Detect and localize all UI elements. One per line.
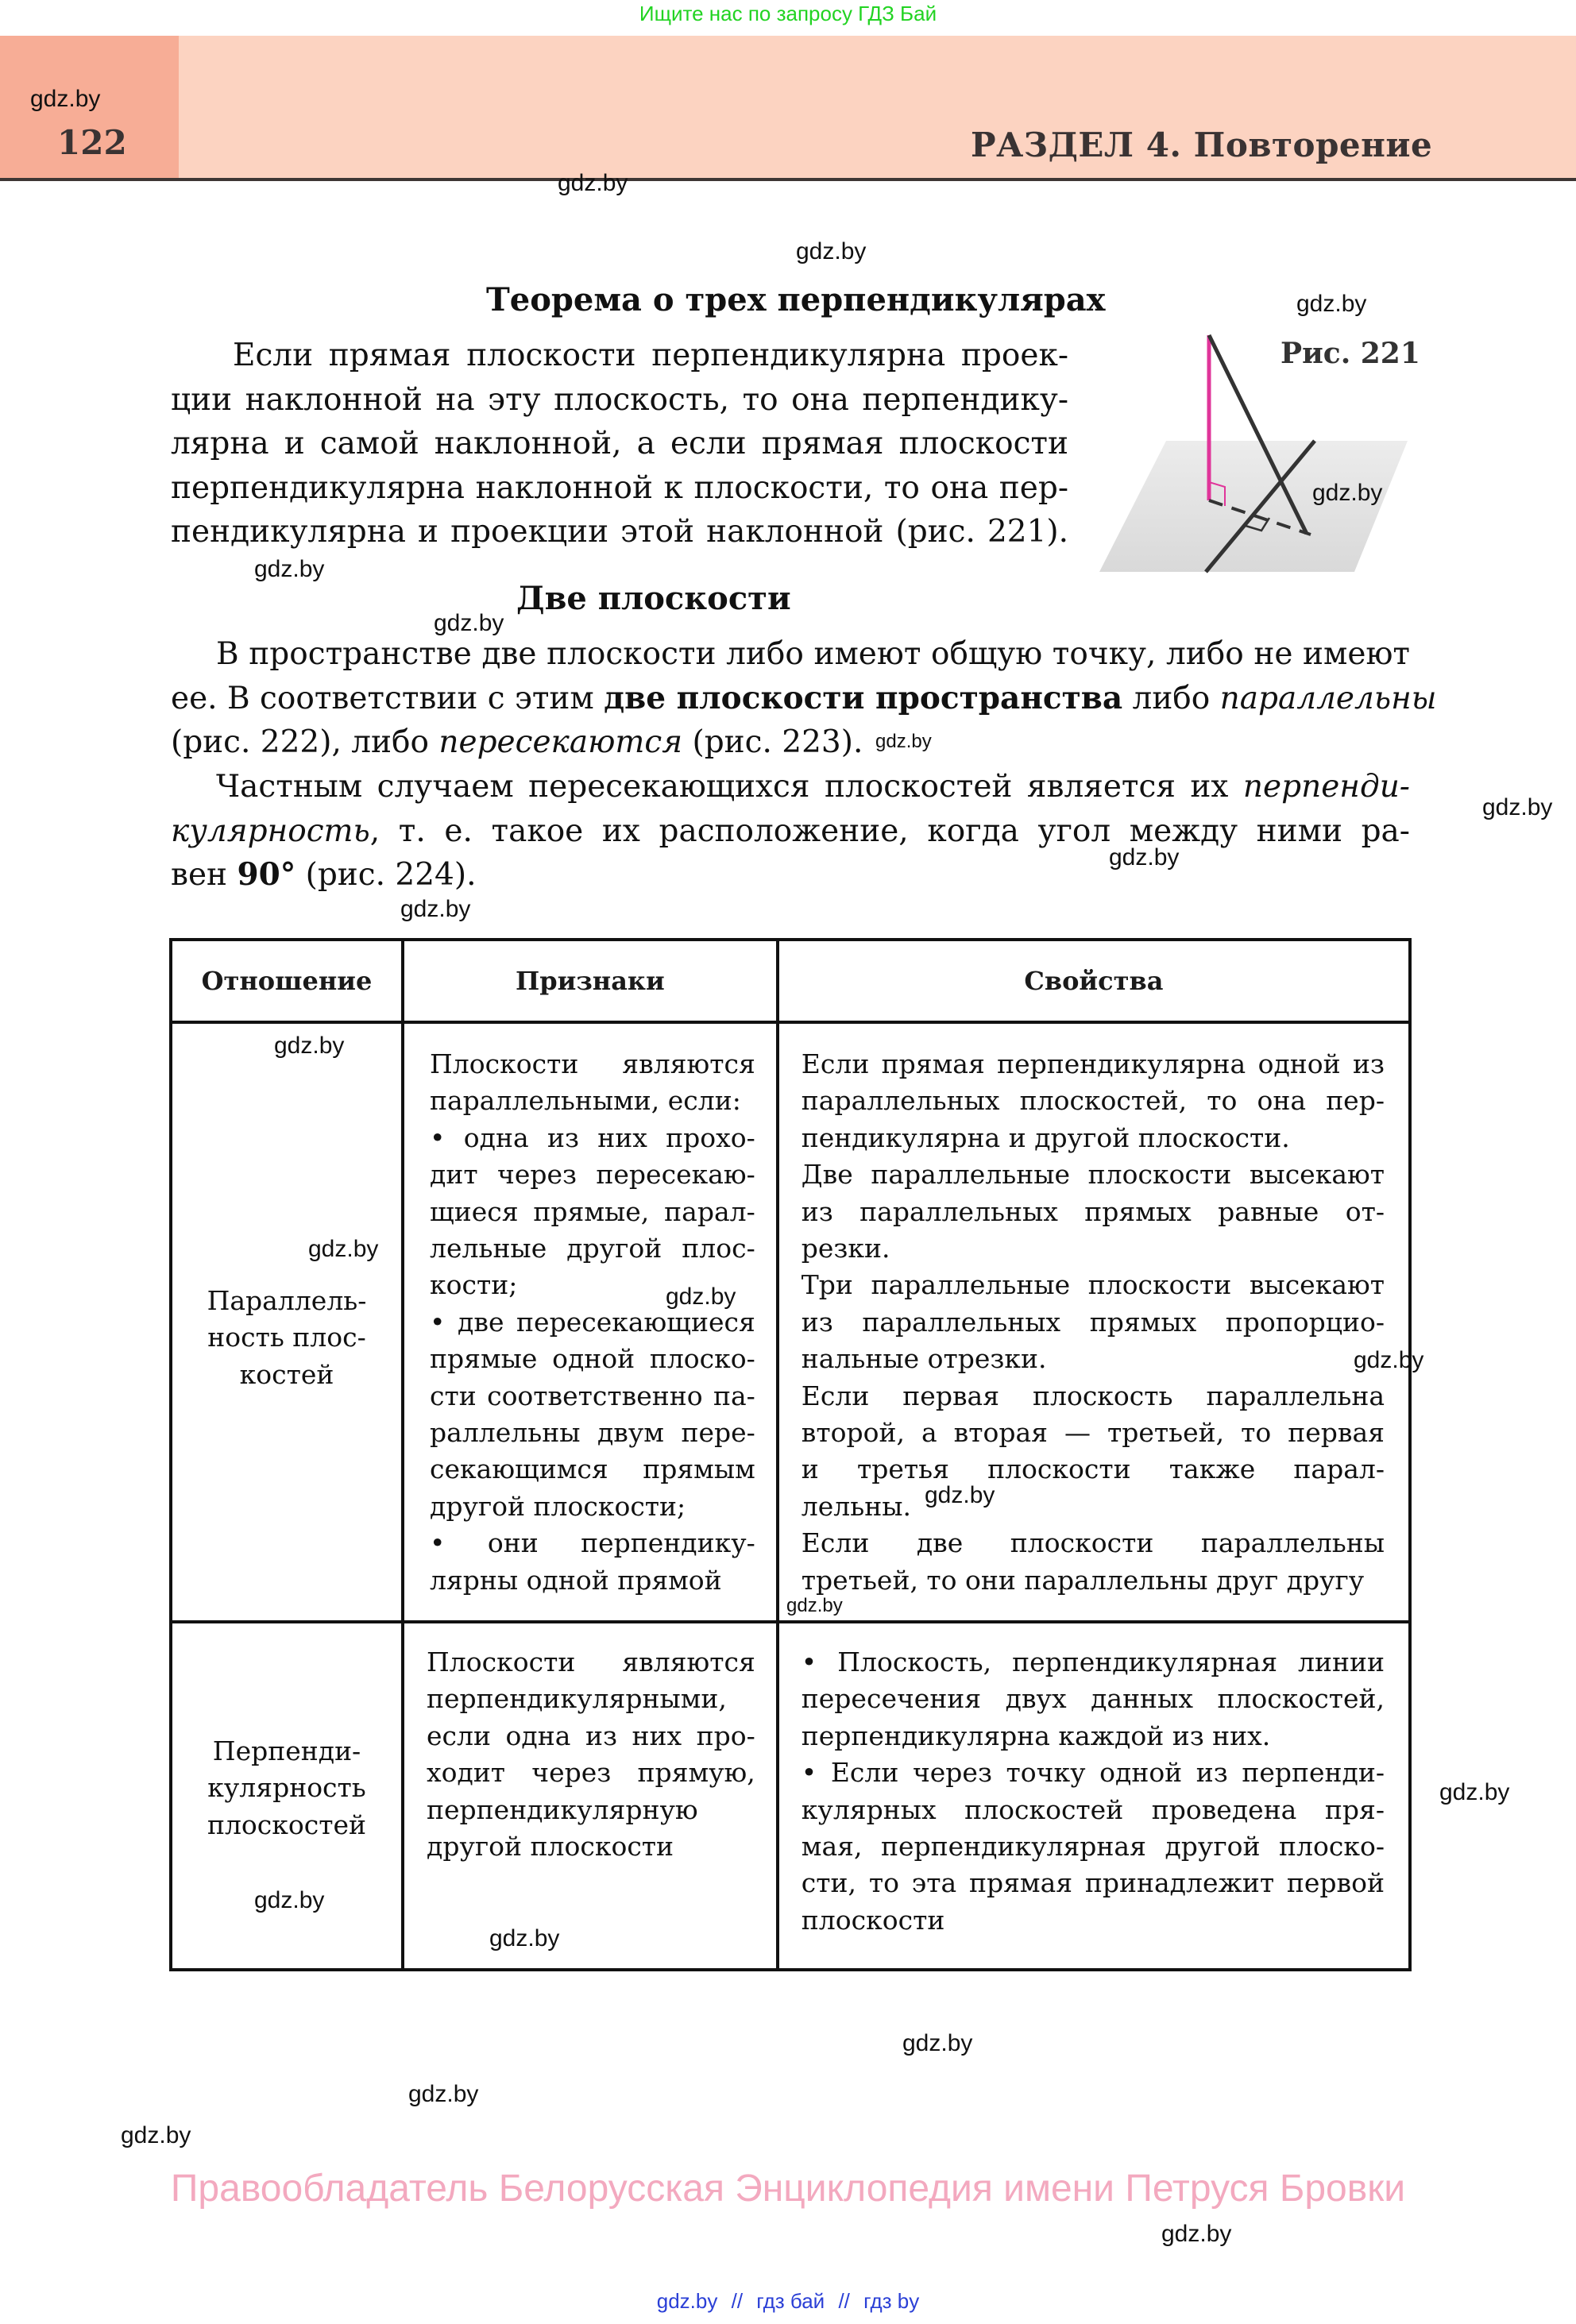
cell-line: костей [172, 1357, 401, 1393]
cell-line: параллельных плоскостей, то она пер- [802, 1083, 1385, 1119]
cell-line: Перпенди- [172, 1733, 401, 1770]
text-line: ции наклонной на эту плоскость, то она п… [171, 378, 1068, 423]
cell-line: плоскости [802, 1902, 1385, 1939]
cell-line: перпендикулярную [427, 1792, 755, 1828]
figure-221-three-perpendiculars [1088, 318, 1422, 580]
bold-term: 90° [237, 856, 295, 893]
text-line: (рис. 222), либо пересекаются (рис. 223)… [171, 720, 1410, 765]
cell-line: секающимся прямым [430, 1451, 755, 1488]
cell-line: из параллельных прямых пропорцио- [802, 1304, 1385, 1341]
cell-line: перпендикулярными, [427, 1681, 755, 1717]
cell-line: прямые одной плоско- [430, 1341, 755, 1377]
italic-term: перпенди- [1243, 769, 1410, 805]
cell-line: другой плоскости [427, 1828, 755, 1865]
watermark: gdz.by [1161, 2221, 1231, 2248]
cell-line: из параллельных прямых равные от- [802, 1194, 1385, 1230]
watermark: gdz.by [408, 2081, 478, 2108]
watermark: gdz.by [902, 2030, 972, 2057]
signs-cell: Плоскости являютсяпараллельными, если:• … [403, 1022, 778, 1622]
watermark: gdz.by [875, 731, 932, 753]
cell-line: сти, то эта прямая принадлежит первой [802, 1865, 1385, 1901]
cell-line: и третья плоскости также парал- [802, 1451, 1385, 1488]
watermark: gdz.by [666, 1284, 736, 1311]
text-line: Если прямая плоскости перпендикулярна пр… [171, 334, 1068, 378]
footer-link[interactable]: гдз by [863, 2289, 919, 2313]
table-header-row: Отношение Признаки Свойства [171, 940, 1410, 1022]
watermark: gdz.by [1312, 480, 1382, 507]
cell-line: дит через пересекаю- [430, 1156, 755, 1193]
text-line: В пространстве две плоскости либо имеют … [171, 632, 1410, 677]
cell-line: параллельными, если: [430, 1083, 755, 1119]
cell-line: другой плоскости; [430, 1488, 755, 1525]
cell-line: плоскостей [172, 1807, 401, 1843]
bold-term: две плоскости пространства [604, 680, 1122, 716]
section-title: РАЗДЕЛ 4. Повторение [971, 125, 1432, 164]
italic-term: параллельны [1220, 681, 1437, 716]
text-line: Частным случаем пересекающихся плоскосте… [171, 765, 1410, 809]
properties-cell: Если прямая перпендикулярна одной изпара… [778, 1022, 1410, 1622]
watermark: gdz.by [274, 1033, 344, 1060]
table-row: Параллель- ность плос- костей Плоскости … [171, 1022, 1410, 1622]
text-run: вен [171, 857, 237, 893]
watermark: gdz.by [308, 1236, 378, 1263]
cell-line: второй, а вторая — третьей, то первая [802, 1415, 1385, 1451]
footer-links: gdz.by // гдз бай // гдз by [0, 2289, 1576, 2314]
cell-line: лельны. [802, 1488, 1385, 1525]
two-planes-paragraph: В пространстве две плоскости либо имеют … [171, 632, 1410, 765]
properties-cell: • Плоскость, перпендикулярная линииперес… [778, 1622, 1410, 1970]
text-run: ее. В соответствии с этим [171, 681, 604, 716]
cell-line: раллельны двум пере- [430, 1415, 755, 1451]
cell-line: нальные отрезки. [802, 1341, 1385, 1377]
cell-line: Если прямая перпендикулярна одной из [802, 1046, 1385, 1083]
search-hint-banner: Ищите нас по запросу ГДЗ Бай [0, 2, 1576, 26]
italic-term: кулярность [171, 813, 370, 849]
perpendicular-planes-paragraph: Частным случаем пересекающихся плоскосте… [171, 765, 1410, 898]
cell-line: Плоскости являются [430, 1046, 755, 1083]
watermark: gdz.by [1439, 1779, 1509, 1806]
cell-line: щиеся прямые, парал- [430, 1194, 755, 1230]
watermark: gdz.by [558, 170, 628, 197]
relation-cell: Перпенди- кулярность плоскостей [171, 1622, 403, 1970]
cell-line: Параллель- [172, 1283, 401, 1319]
watermark: gdz.by [796, 238, 866, 265]
watermark: gdz.by [254, 1887, 324, 1914]
text-line: ее. В соответствии с этим две плоскости … [171, 677, 1410, 721]
cell-line: сти соответственно па- [430, 1378, 755, 1415]
text-line: лярна и самой наклонной, а если прямая п… [171, 422, 1068, 466]
watermark: gdz.by [489, 1925, 559, 1952]
cell-line: перпендикулярна каждой из них. [802, 1718, 1385, 1755]
cell-line: пендикулярна и другой плоскости. [802, 1120, 1385, 1156]
footer-link[interactable]: gdz.by [657, 2289, 718, 2313]
cell-line: пересечения двух данных плоскостей, [802, 1681, 1385, 1717]
column-header: Признаки [403, 940, 778, 1022]
cell-line: если одна из них про- [427, 1718, 755, 1755]
cell-line: ность плос- [172, 1319, 401, 1356]
text-run: (рис. 223). [682, 724, 863, 760]
cell-line: Плоскости являются [427, 1644, 755, 1681]
two-planes-heading: Две плоскости [516, 580, 791, 617]
text-line: вен 90° (рис. 224). [171, 853, 1410, 898]
cell-line: мая, перпендикулярная другой плоско- [802, 1828, 1385, 1865]
footer-link[interactable]: гдз бай [756, 2289, 825, 2313]
text-line: перпендикулярна наклонной к плоскости, т… [171, 466, 1068, 511]
text-line: кулярность, т. е. такое их расположение,… [171, 809, 1410, 854]
cell-line: • Плоскость, перпендикулярная линии [802, 1644, 1385, 1681]
watermark: gdz.by [1109, 844, 1179, 871]
text-run: , т. е. такое их расположение, когда уго… [370, 813, 1410, 849]
cell-line: Если две плоскости параллельны [802, 1525, 1385, 1562]
watermark: gdz.by [786, 1595, 843, 1617]
text-run: либо [1122, 681, 1220, 716]
cell-line: • одна из них прохо- [430, 1120, 755, 1156]
footer-separator: // [838, 2289, 849, 2313]
cell-line: кулярных плоскостей проведена пря- [802, 1792, 1385, 1828]
cell-line: третьей, то они параллельны друг другу [802, 1562, 1385, 1599]
watermark: gdz.by [121, 2122, 191, 2149]
text-line: пендикулярна и проекции этой наклонной (… [171, 510, 1068, 554]
cell-line: кулярность [172, 1770, 401, 1806]
text-run: (рис. 224). [295, 857, 476, 893]
column-header: Отношение [171, 940, 403, 1022]
cell-line: ходит через прямую, [427, 1755, 755, 1791]
watermark: gdz.by [1354, 1347, 1423, 1374]
watermark: gdz.by [30, 86, 100, 113]
cell-line: Три параллельные плоскости высекают [802, 1267, 1385, 1303]
cell-line: • они перпендику- [430, 1525, 755, 1562]
watermark: gdz.by [925, 1482, 995, 1509]
text-run: Частным случаем пересекающихся плоскосте… [216, 769, 1243, 805]
watermark: gdz.by [400, 896, 470, 923]
cell-line: Если первая плоскость параллельна [802, 1378, 1385, 1415]
italic-term: пересекаются [438, 724, 682, 760]
table-row: Перпенди- кулярность плоскостей Плоскост… [171, 1622, 1410, 1970]
page-number: 122 [57, 123, 127, 162]
column-header: Свойства [778, 940, 1410, 1022]
watermark: gdz.by [1482, 794, 1552, 821]
cell-line: лярны одной прямой [430, 1562, 755, 1599]
signs-cell: Плоскости являютсяперпендикулярными,если… [403, 1622, 778, 1970]
footer-separator: // [732, 2289, 743, 2313]
cell-line: Две параллельные плоскости высекают [802, 1156, 1385, 1193]
copyright-notice: Правообладатель Белорусская Энциклопедия… [0, 2167, 1576, 2210]
theorem-text: Если прямая плоскости перпендикулярна пр… [171, 334, 1068, 554]
cell-line: резки. [802, 1230, 1385, 1267]
watermark: gdz.by [254, 556, 324, 583]
relation-cell: Параллель- ность плос- костей [171, 1022, 403, 1622]
planes-relations-table: Отношение Признаки Свойства Параллель- н… [169, 938, 1412, 1971]
watermark: gdz.by [1296, 291, 1366, 318]
cell-line: лельные другой плос- [430, 1230, 755, 1267]
theorem-heading: Теорема о трех перпендикулярах [486, 281, 1106, 318]
header-rule [0, 178, 1576, 181]
cell-line: • Если через точку одной из перпенди- [802, 1755, 1385, 1791]
text-run: (рис. 222), либо [171, 724, 438, 760]
